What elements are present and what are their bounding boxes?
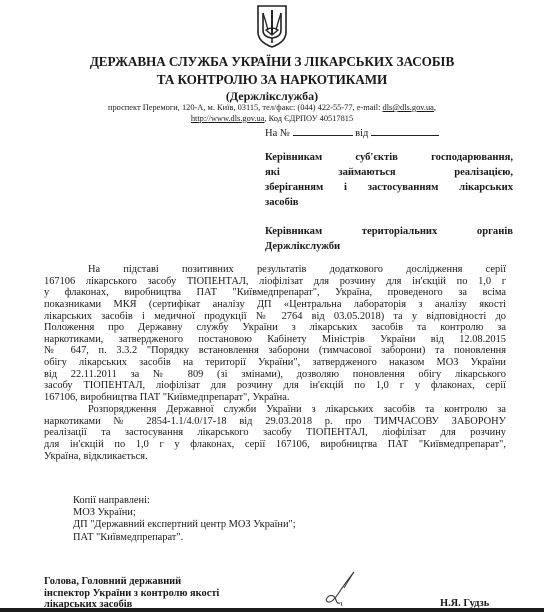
copies-block: Копії направлені: МОЗ України; ДП "Держа… (73, 495, 296, 544)
recipient-line: зберіганням і застосуванням лікарських (265, 180, 513, 195)
body-line: засобу ТІОПЕНТАЛ, ліофілізат для розчину… (44, 380, 506, 392)
body-line: На підставі позитивних результатів додат… (44, 264, 506, 276)
address-punctuation: , (434, 103, 436, 112)
recipient-line: Керівникам суб'єктів господарювання, (265, 150, 513, 165)
body-line: Розпорядження Державної служби України з… (44, 404, 506, 416)
body-line: у флаконах, виробництва ПАТ "Київмедпреп… (44, 287, 506, 299)
recipient-line: які займаються реалізацією, (265, 165, 513, 180)
body-line: № 647, п. 3.3.2 "Порядку встановлення за… (44, 345, 506, 357)
agency-address-line1: проспект Перемоги, 120-А, м. Київ, 03115… (0, 103, 544, 112)
reference-date-blank (371, 125, 439, 136)
website-link[interactable]: http://www.dls.gov.ua (191, 114, 265, 123)
body-paragraph-2: Розпорядження Державної служби України з… (44, 404, 506, 462)
reference-number-blank (293, 125, 353, 136)
body-line: обігу лікарських засобів на території Ук… (44, 357, 506, 369)
body-line: Україна, відкликається. (44, 451, 506, 463)
email-link[interactable]: dls@dls.gov.ua (383, 103, 434, 112)
copy-recipient: ДП "Державний експертний центр МОЗ Украї… (73, 519, 296, 531)
position-line: Голова, Головний державний (44, 576, 219, 588)
page-bottom-edge (0, 608, 544, 612)
handwritten-signature-icon (320, 570, 360, 608)
copy-recipient: ПАТ "Київмедпрепарат". (73, 532, 296, 544)
body-line: наркотиками № 2854-1.1/4.0/17-18 від 29.… (44, 416, 506, 428)
recipient-block-2: Керівникам територіальних органів Держлі… (265, 224, 513, 254)
body-line: від 22.11.2011 за № 809 (зі змінами), до… (44, 369, 506, 381)
signatory-position: Голова, Головний державний інспектор Укр… (44, 576, 219, 611)
address-text: проспект Перемоги, 120-А, м. Київ, 03115… (108, 103, 383, 112)
body-line: Положення про Державну службу України з … (44, 322, 506, 334)
coat-of-arms-icon (255, 4, 289, 48)
agency-title-line2: ТА КОНТРОЛЮ ЗА НАРКОТИКАМИ (0, 72, 544, 88)
body-line: 167106 лікарського засобу ТІОПЕНТАЛ, ліо… (44, 276, 506, 288)
body-line: реалізації та застосування лікарського з… (44, 427, 506, 439)
copies-label: Копії направлені: (73, 495, 296, 507)
position-line: інспектор України з контролю якості (44, 588, 219, 600)
recipient-block-1: Керівникам суб'єктів господарювання, які… (265, 150, 513, 210)
reference-date-label: від (355, 128, 368, 139)
body-line: для ін'єкцій по 1,0 г у флаконах, серії … (44, 439, 506, 451)
agency-short-name: (Держлікслужба) (0, 89, 544, 104)
copy-recipient: МОЗ України; (73, 507, 296, 519)
agency-title-line1: ДЕРЖАВНА СЛУЖБА УКРАЇНИ З ЛІКАРСЬКИХ ЗАС… (0, 54, 544, 70)
reference-line: На № від (265, 125, 439, 139)
body-line: показниками МКЯ (сертифікат аналізу ДП «… (44, 299, 506, 311)
edrpou-code: , Код ЄДРПОУ 40517815 (264, 114, 353, 123)
recipient-line: Держлікслужби (265, 239, 513, 254)
document-page: ДЕРЖАВНА СЛУЖБА УКРАЇНИ З ЛІКАРСЬКИХ ЗАС… (0, 0, 544, 612)
body-line: лікарських засобів і медичної продукції … (44, 311, 506, 323)
recipient-line: засобів (265, 195, 513, 210)
body-line: 167106, виробництва ПАТ "Київмедпрепарат… (44, 392, 506, 404)
reference-number-label: На № (265, 128, 290, 139)
body-paragraph-1: На підставі позитивних результатів додат… (44, 264, 506, 404)
agency-address-line2: http://www.dls.gov.ua, Код ЄДРПОУ 405178… (0, 114, 544, 123)
body-line: наркотиками, затвердженого постановою Ка… (44, 334, 506, 346)
recipient-line: Керівникам територіальних органів (265, 224, 513, 239)
